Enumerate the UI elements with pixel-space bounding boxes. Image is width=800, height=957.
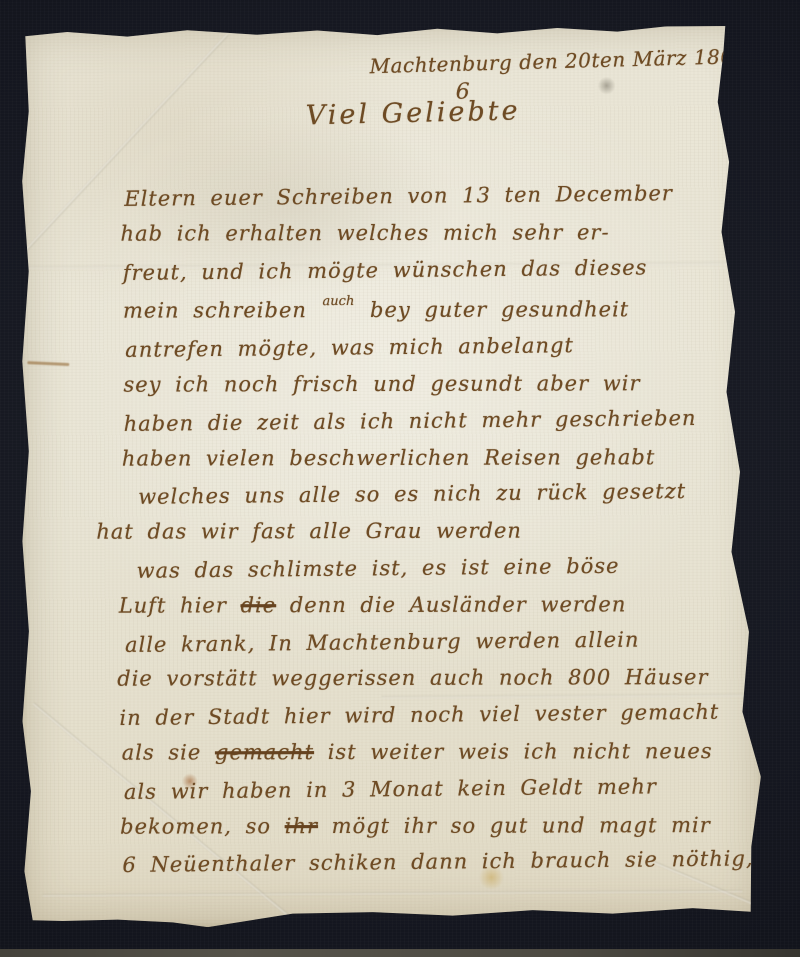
letter-line: was das schlimste ist, es ist eine böse	[96, 546, 746, 590]
letter-line: als wir haben in 3 Monat kein Geldt mehr	[98, 767, 748, 811]
letter-line: antrefen mögte, was mich anbelangt	[95, 326, 745, 370]
letter-sheet: Machtenburg den 20ten März 1802 6 Viel G…	[17, 22, 764, 929]
letter-line: alle krank, In Machtenburg werden allein	[97, 620, 747, 664]
letter-dateline: Machtenburg den 20ten März 1802	[369, 44, 760, 79]
letter-line: haben die zeit als ich nicht mehr geschr…	[95, 399, 745, 443]
letter-line: in der Stadt hier wird noch viel vester …	[97, 694, 747, 738]
letter-line: Luft hier die denn die Ausländer werden	[97, 586, 747, 624]
letter-line: Eltern euer Schreiben von 13 ten Decembe…	[94, 174, 744, 218]
letter-line: als sie gemacht ist weiter weis ich nich…	[98, 733, 748, 771]
red-wax-speck	[742, 446, 749, 462]
struck-word: gemacht	[215, 740, 314, 764]
letter-line: sey ich noch frisch und gesundt aber wir	[95, 365, 745, 403]
letter-line: 6 Neüenthaler schiken dann ich brauch si…	[98, 841, 748, 885]
letter-line: mein schreiben auch bey guter gesundheit	[95, 287, 745, 329]
gray-smudge-stain	[598, 77, 616, 95]
inserted-word: auch	[323, 294, 355, 309]
letter-line: freut, und ich mögte wünschen das dieses	[95, 248, 745, 292]
letter-line: hab ich erhalten welches mich sehr er-	[94, 214, 744, 252]
struck-word: ihr	[285, 814, 318, 838]
margin-ink-dash	[27, 361, 69, 366]
letter-line: welches uns alle so es nich zu rück gese…	[96, 473, 746, 517]
letter-line: hat das wir fast alle Grau werden	[96, 512, 746, 550]
letter-body: Eltern euer Schreiben von 13 ten Decembe…	[94, 176, 748, 883]
letter-line: haben vielen beschwerlichen Reisen gehab…	[96, 439, 746, 477]
letter-line: die vorstätt weggerissen auch noch 800 H…	[97, 659, 747, 697]
letter-line: bekomen, so ihr mögt ihr so gut und magt…	[98, 807, 748, 845]
fold-crease-horizontal-bottom	[43, 890, 743, 897]
scan-edge-strip	[0, 949, 800, 957]
letter-salutation: Viel Geliebte	[305, 95, 520, 131]
photo-backdrop: Machtenburg den 20ten März 1802 6 Viel G…	[0, 0, 800, 957]
struck-word: die	[241, 593, 277, 617]
